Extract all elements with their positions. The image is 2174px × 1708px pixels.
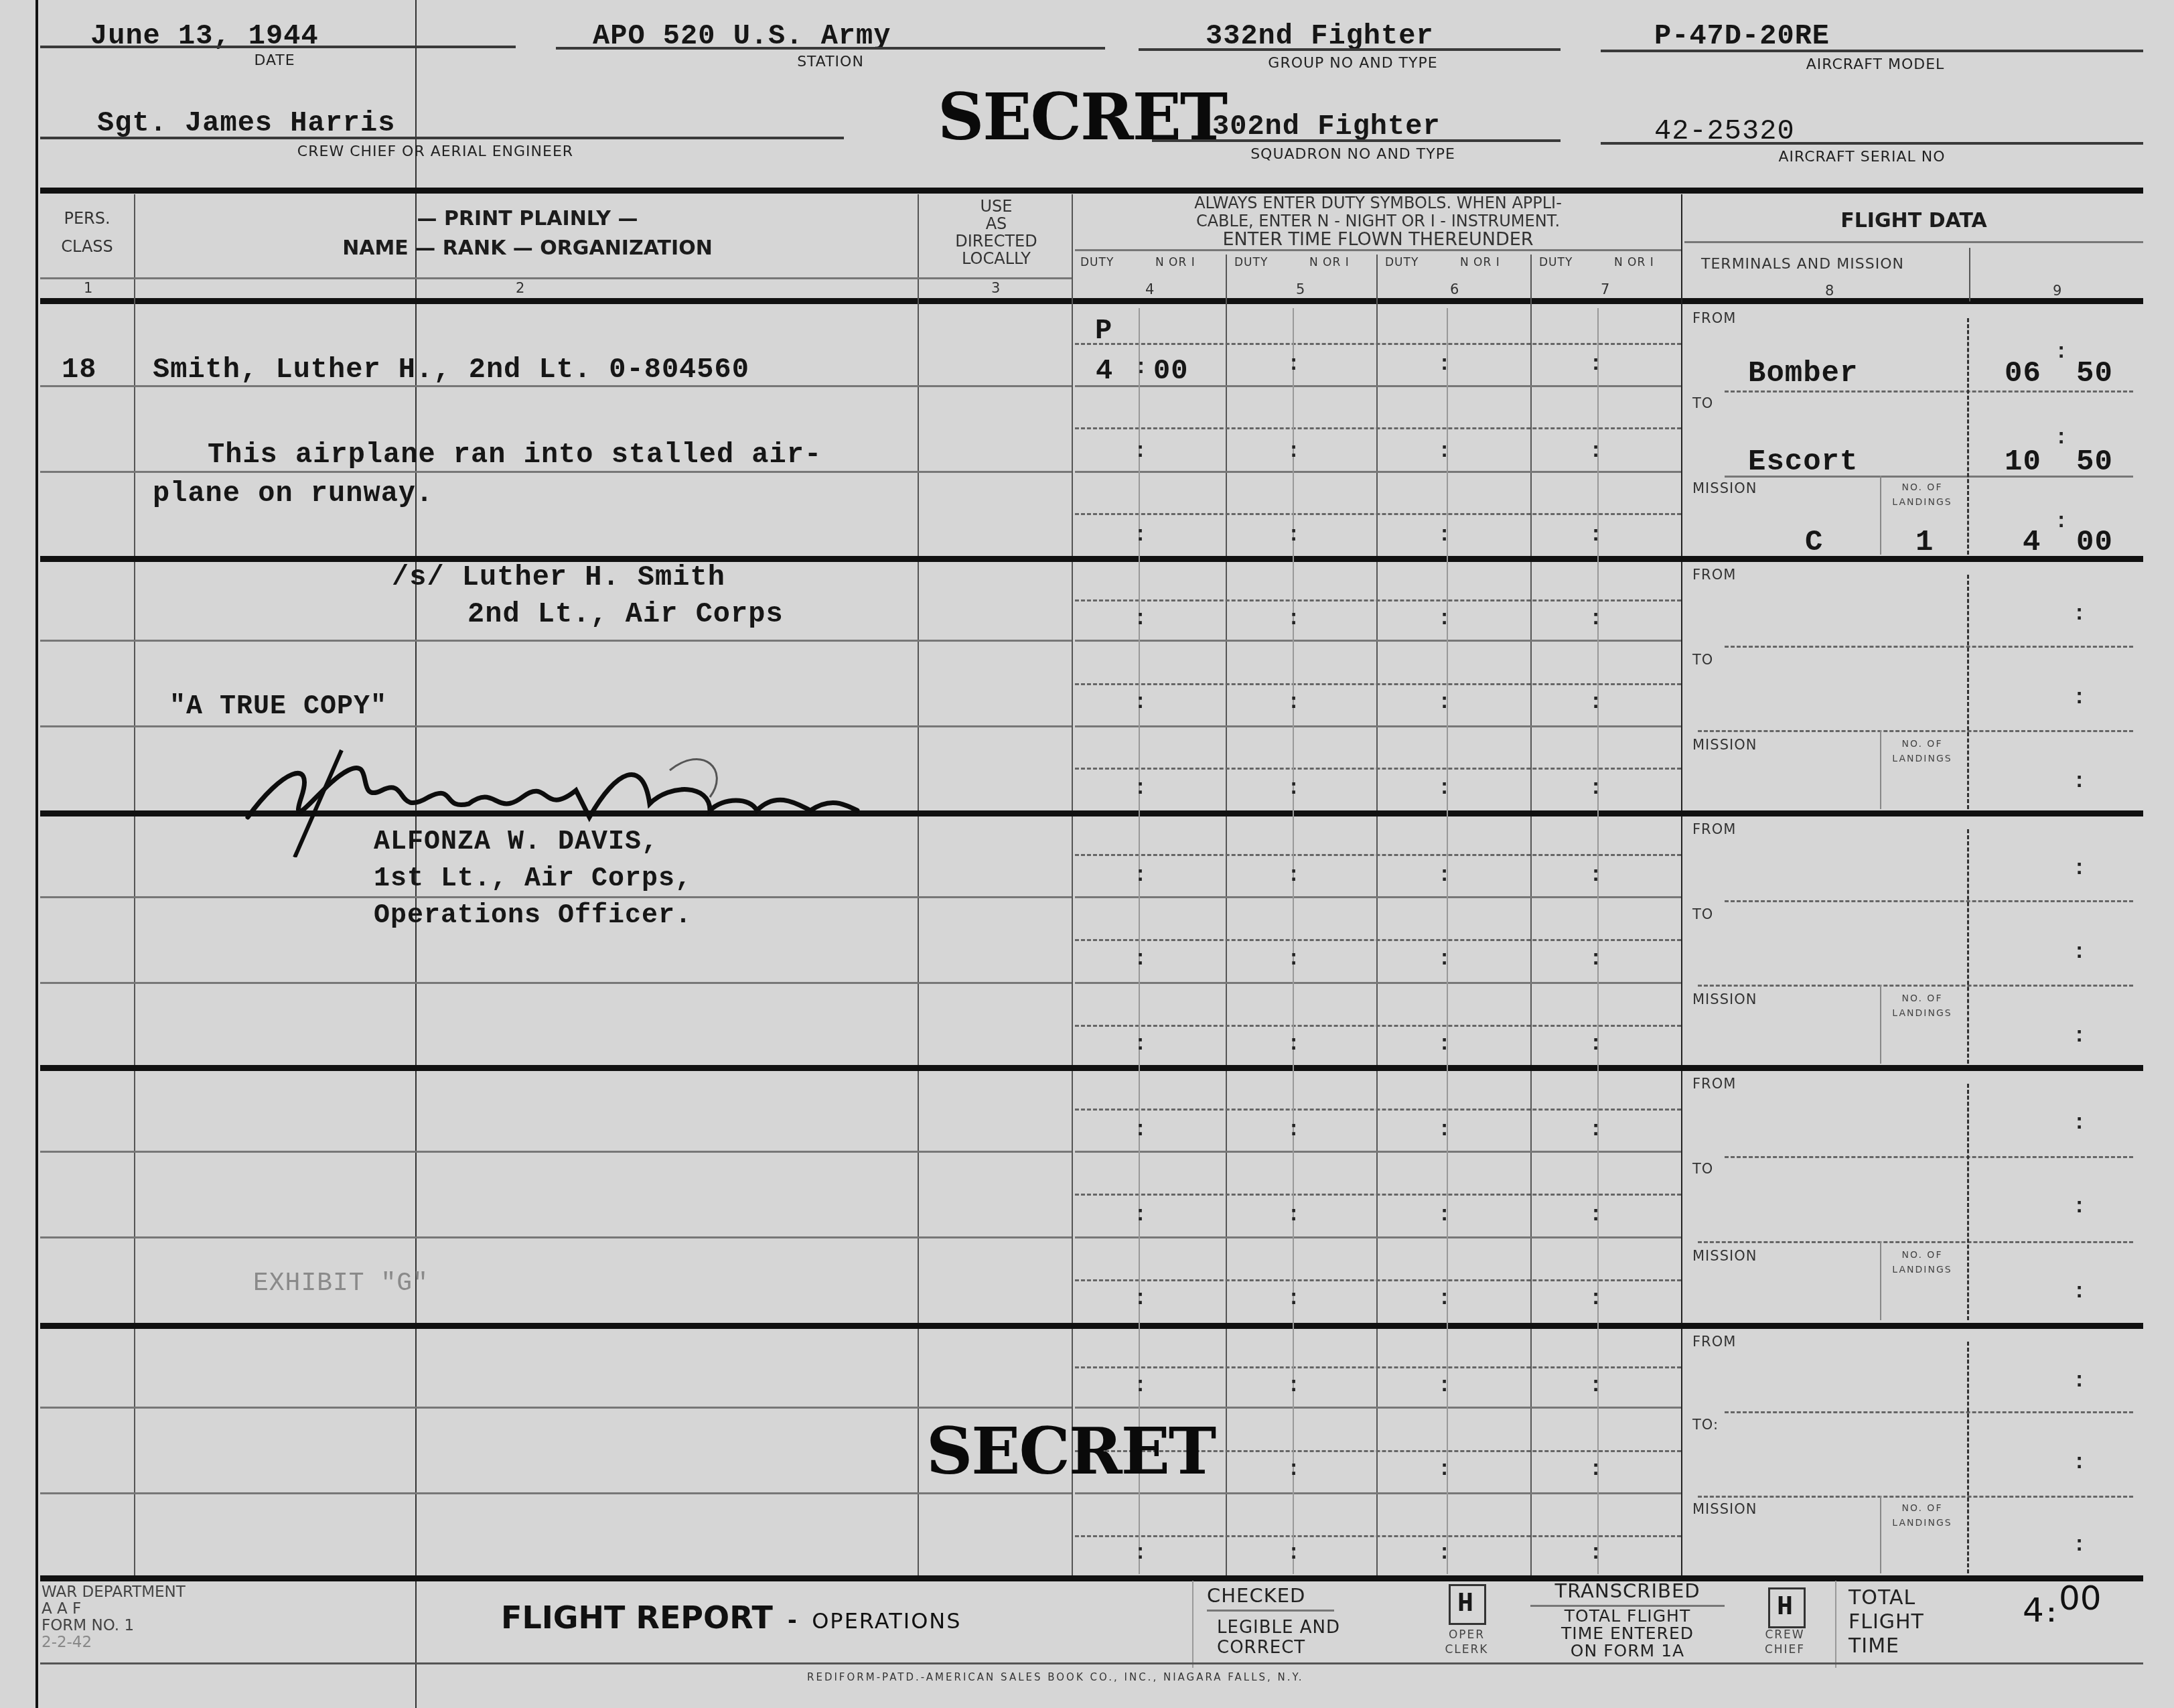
- mission-label: MISSION: [1692, 1248, 1757, 1264]
- colon: :: [1134, 946, 1147, 971]
- row-rule: [40, 725, 1072, 727]
- date-label: DATE: [241, 52, 308, 69]
- colon: :: [1287, 1286, 1300, 1311]
- form-identification: WAR DEPARTMENT A A F FORM NO. 1 2-2-42: [42, 1584, 186, 1651]
- total-colon: :: [2047, 1598, 2055, 1628]
- duty-row-rule: [1075, 1151, 1681, 1153]
- aircraft-model-underline: [1601, 50, 2143, 52]
- printer-imprint: REDIFORM-PATD.-AMERICAN SALES BOOK CO., …: [807, 1671, 1303, 1683]
- col2-header: — PRINT PLAINLY — NAME — RANK — ORGANIZA…: [137, 204, 918, 263]
- from-label: FROM: [1692, 1334, 1736, 1350]
- colon: :: [2055, 425, 2068, 450]
- flight-block-5: FROM TO: MISSION NO. OF LANDINGS : : :: [1684, 1328, 2143, 1575]
- duty-row-rule: [1075, 1279, 1681, 1281]
- colon: :: [1438, 1202, 1451, 1227]
- landings-label: NO. OF LANDINGS: [1885, 480, 1959, 510]
- crew-chief-label: CREW CHIEF: [1751, 1628, 1818, 1657]
- total-flight-time-label: TOTAL FLIGHT TIME: [1849, 1586, 1924, 1658]
- colon: :: [1438, 1373, 1451, 1398]
- duty-label: DUTY: [1234, 256, 1268, 269]
- to-label: TO: [1692, 1161, 1713, 1177]
- colon: :: [1589, 1286, 1602, 1311]
- to-label: TO: [1692, 652, 1713, 668]
- duty-row-rule: [1075, 1492, 1681, 1494]
- duty6-right: [1530, 255, 1532, 1577]
- duty-row-rule: [1075, 1366, 1681, 1368]
- checked-section: CHECKED LEGIBLE AND CORRECT: [1207, 1584, 1340, 1658]
- colon: :: [1589, 863, 1602, 887]
- colon: :: [1287, 690, 1300, 715]
- form-title-main: FLIGHT REPORT: [501, 1599, 773, 1636]
- oper-clerk-initial-box[interactable]: H: [1449, 1584, 1486, 1625]
- checked-rule: [1207, 1610, 1334, 1612]
- colon: :: [1134, 1117, 1147, 1142]
- mission-value[interactable]: C: [1805, 526, 1823, 559]
- duty-row-rule: [1075, 982, 1681, 984]
- col2-right: [918, 194, 919, 1577]
- row-rule: [40, 1492, 1072, 1494]
- colon: :: [1135, 355, 1147, 380]
- group-label: GROUP NO AND TYPE: [1239, 55, 1467, 72]
- time-divider: [1967, 829, 1969, 1064]
- duty4-right: [1226, 255, 1227, 1577]
- colon: :: [1438, 1541, 1451, 1565]
- colon: :: [1134, 1373, 1147, 1398]
- colon: :: [1134, 1286, 1147, 1311]
- group-underline: [1139, 48, 1561, 51]
- total-left: [1835, 1581, 1836, 1668]
- oper-clerk-label: OPER CLERK: [1433, 1628, 1500, 1657]
- colon: :: [1287, 606, 1300, 631]
- col-number: 6: [1450, 281, 1459, 297]
- group-field[interactable]: 332nd Fighter: [1206, 20, 1434, 52]
- colon: :: [1589, 352, 1602, 376]
- duty-row-rule: [1075, 513, 1681, 515]
- colon: :: [2055, 509, 2068, 534]
- pers-class-value[interactable]: 18: [62, 354, 96, 386]
- colon: :: [2073, 1023, 2086, 1048]
- duty-row-rule: [1075, 725, 1681, 727]
- from-to-rule: [1725, 1411, 2133, 1413]
- column-header-rule: [40, 298, 2143, 304]
- colon: :: [1134, 439, 1147, 464]
- from-label: FROM: [1692, 567, 1736, 583]
- colon: :: [1589, 1117, 1602, 1142]
- from-value[interactable]: Bomber: [1748, 357, 1858, 390]
- colon: :: [1287, 1373, 1300, 1398]
- from-label: FROM: [1692, 1076, 1736, 1092]
- mission-label: MISSION: [1692, 991, 1757, 1007]
- transcribed-rule: [1530, 1605, 1725, 1607]
- squadron-label: SQUADRON NO AND TYPE: [1219, 146, 1487, 163]
- crew-name-value[interactable]: Smith, Luther H., 2nd Lt. 0-804560: [153, 354, 749, 386]
- landings-divider: [1880, 1241, 1881, 1320]
- crew-chief-initial-box[interactable]: H: [1768, 1587, 1806, 1628]
- colon: :: [2073, 1368, 2086, 1393]
- colon: :: [1287, 946, 1300, 971]
- crew-chief-field[interactable]: Sgt. James Harris: [97, 107, 395, 139]
- colon: :: [1438, 1457, 1451, 1482]
- duty-row-rule: [1075, 1194, 1681, 1196]
- transcribed-section: TRANSCRIBED TOTAL FLIGHT TIME ENTERED ON…: [1530, 1579, 1725, 1660]
- to-label: TO: [1692, 906, 1713, 922]
- terminals-label: TERMINALS AND MISSION: [1701, 256, 1904, 273]
- col3-right: [1072, 194, 1073, 1577]
- colon: :: [1438, 690, 1451, 715]
- landings-label: NO. OF LANDINGS: [1885, 1501, 1959, 1531]
- colon: :: [1438, 606, 1451, 631]
- flight-data-rule: [1684, 241, 2143, 243]
- colon: :: [1589, 1457, 1602, 1482]
- col-number: 5: [1296, 281, 1305, 297]
- station-label: STATION: [770, 54, 891, 70]
- colon: :: [2073, 1194, 2086, 1219]
- colon: :: [2073, 1450, 2086, 1475]
- colon: :: [1438, 776, 1451, 800]
- colon: :: [1287, 1541, 1300, 1565]
- certifier-name: ALFONZA W. DAVIS,: [374, 827, 658, 857]
- duty-label: DUTY: [1385, 256, 1419, 269]
- colon: :: [1134, 522, 1147, 547]
- landings-label: NO. OF LANDINGS: [1885, 991, 1959, 1021]
- duty-section-right: [1681, 194, 1682, 1577]
- arrival-hours[interactable]: 10: [2005, 445, 2041, 479]
- flight-block-3: FROM TO MISSION NO. OF LANDINGS : : :: [1684, 816, 2143, 1065]
- colon: :: [1589, 1541, 1602, 1565]
- duty-row-rule: [1075, 343, 1681, 345]
- nori-label: N OR I: [1309, 256, 1350, 269]
- colon: :: [1589, 690, 1602, 715]
- duration-hours[interactable]: 4: [2023, 526, 2041, 559]
- landings-divider: [1880, 1496, 1881, 1573]
- col1-right: [134, 194, 135, 1577]
- duty-instructions: ALWAYS ENTER DUTY SYMBOLS. WHEN APPLI- C…: [1075, 194, 1681, 248]
- to-label: TO:: [1692, 1417, 1719, 1433]
- footer-rule: [40, 1575, 2143, 1581]
- colon: :: [1438, 946, 1451, 971]
- secret-stamp-bottom: SECRET: [926, 1413, 1215, 1489]
- secret-stamp-top: SECRET: [938, 79, 1226, 155]
- colon: :: [1287, 522, 1300, 547]
- colon: :: [1589, 946, 1602, 971]
- duty-row-rule: [1075, 854, 1681, 856]
- colon: :: [2073, 1111, 2086, 1135]
- colon: :: [2073, 940, 2086, 965]
- to-mission-rule: [1698, 1496, 2133, 1498]
- arrival-minutes[interactable]: 50: [2076, 445, 2113, 479]
- from-label: FROM: [1692, 310, 1736, 326]
- nori-label: N OR I: [1614, 256, 1654, 269]
- colon: :: [1438, 352, 1451, 376]
- remark-line-2[interactable]: plane on runway.: [153, 478, 433, 510]
- col-number: 4: [1145, 281, 1155, 297]
- duration-minutes[interactable]: 00: [2076, 526, 2113, 559]
- col-number-2: 2: [516, 280, 525, 296]
- duty-row-rule: [1075, 1407, 1681, 1409]
- squadron-underline: [1152, 139, 1561, 142]
- certifier-title: Operations Officer.: [374, 901, 692, 931]
- header-rule: [40, 188, 2143, 194]
- checked-left: [1192, 1581, 1193, 1668]
- colon: :: [1438, 522, 1451, 547]
- colon: :: [1589, 606, 1602, 631]
- row-rule: [40, 471, 1072, 473]
- flight-block-2: FROM TO MISSION NO. OF LANDINGS : : :: [1684, 561, 2143, 810]
- flight-block-4: FROM TO MISSION NO. OF LANDINGS : : :: [1684, 1070, 2143, 1322]
- row-rule: [40, 640, 1072, 642]
- duty-minutes-value[interactable]: 00: [1153, 355, 1188, 387]
- aircraft-model-label: AIRCRAFT MODEL: [1775, 56, 1976, 73]
- to-value[interactable]: Escort: [1748, 445, 1858, 479]
- colon: :: [2073, 856, 2086, 881]
- row-rule: [40, 1151, 1072, 1153]
- colon: :: [1589, 1031, 1602, 1056]
- left-border: [35, 0, 38, 1708]
- colon: :: [2073, 685, 2086, 710]
- duty-row-rule: [1075, 599, 1681, 601]
- from-to-rule: [1725, 900, 2133, 902]
- col8-right: [1969, 248, 1970, 301]
- from-label: FROM: [1692, 821, 1736, 837]
- colon: :: [1287, 776, 1300, 800]
- colon: :: [1287, 439, 1300, 464]
- nori-label: N OR I: [1155, 256, 1195, 269]
- col-number-rule: [40, 277, 1072, 279]
- row-rule: [40, 982, 1072, 984]
- colon: :: [1287, 863, 1300, 887]
- landings-label: NO. OF LANDINGS: [1885, 737, 1959, 766]
- colon: :: [1287, 1457, 1300, 1482]
- colon: :: [1134, 1541, 1147, 1565]
- landings-divider: [1880, 476, 1881, 555]
- to-mission-rule: [1698, 730, 2133, 732]
- col-number-9: 9: [2053, 283, 2062, 299]
- duty-row-rule: [1075, 471, 1681, 473]
- row-rule: [40, 896, 1072, 898]
- colon: :: [2055, 340, 2068, 364]
- duty-row-rule: [1075, 896, 1681, 898]
- form-title-sub: OPERATIONS: [812, 1608, 961, 1634]
- duty5-right: [1376, 255, 1378, 1577]
- colon: :: [1134, 690, 1147, 715]
- duty-row-rule: [1075, 1236, 1681, 1238]
- oper-clerk-initial: H: [1457, 1589, 1474, 1620]
- departure-minutes[interactable]: 50: [2076, 357, 2113, 390]
- certifier-rank: 1st Lt., Air Corps,: [374, 864, 692, 894]
- remark-line-1[interactable]: This airplane ran into stalled air-: [208, 439, 822, 471]
- crew-chief-label: CREW CHIEF OR AERIAL ENGINEER: [255, 143, 616, 160]
- mission-label: MISSION: [1692, 1501, 1757, 1517]
- departure-hours[interactable]: 06: [2005, 357, 2041, 390]
- landings-divider: [1880, 730, 1881, 809]
- pilot-signature-line-2: 2nd Lt., Air Corps: [467, 598, 784, 630]
- form-title: FLIGHT REPORT - OPERATIONS: [501, 1599, 962, 1636]
- colon: :: [1134, 776, 1147, 800]
- station-underline: [556, 47, 1105, 50]
- colon: :: [2073, 1279, 2086, 1304]
- total-flight-time-value[interactable]: 4 : 00: [2023, 1591, 2102, 1630]
- colon: :: [1438, 863, 1451, 887]
- duty-label: DUTY: [1080, 256, 1114, 269]
- row-rule: [40, 1407, 1072, 1409]
- col-number-8: 8: [1825, 283, 1834, 299]
- duty-row-rule: [1075, 427, 1681, 429]
- duty-label: DUTY: [1539, 256, 1573, 269]
- duty-row-rule: [1075, 768, 1681, 770]
- col3-header: USE AS DIRECTED LOCALLY: [921, 198, 1072, 267]
- total-hours: 4: [2023, 1591, 2044, 1630]
- colon: :: [1134, 1031, 1147, 1056]
- colon: :: [1287, 1202, 1300, 1227]
- time-divider: [1967, 318, 1969, 555]
- colon: :: [1589, 439, 1602, 464]
- mission-label: MISSION: [1692, 480, 1757, 496]
- colon: :: [1438, 439, 1451, 464]
- time-divider: [1967, 575, 1969, 809]
- col-number-3: 3: [991, 280, 1001, 296]
- title-bullet: -: [788, 1605, 796, 1634]
- colon: :: [1438, 1031, 1451, 1056]
- landings-label: NO. OF LANDINGS: [1885, 1248, 1959, 1277]
- aircraft-model-field[interactable]: P-47D-20RE: [1654, 20, 1830, 52]
- colon: :: [1134, 1202, 1147, 1227]
- duty-row-rule: [1075, 640, 1681, 642]
- colon: :: [1287, 1117, 1300, 1142]
- duty-hours-value[interactable]: 4: [1096, 355, 1113, 387]
- to-mission-rule: [1725, 476, 2133, 478]
- duty-row-rule: [1075, 683, 1681, 685]
- colon: :: [1134, 606, 1147, 631]
- colon: :: [1438, 1117, 1451, 1142]
- duty-symbol-value[interactable]: P: [1095, 315, 1112, 347]
- duty-row-rule: [1075, 939, 1681, 941]
- serial-label: AIRCRAFT SERIAL NO: [1748, 149, 1976, 165]
- nori-label: N OR I: [1460, 256, 1500, 269]
- colon: :: [1134, 863, 1147, 887]
- colon: :: [1589, 1202, 1602, 1227]
- to-mission-rule: [1698, 1241, 2133, 1243]
- landings-value[interactable]: 1: [1915, 526, 1934, 559]
- crew-chief-initial: H: [1777, 1593, 1794, 1623]
- total-minutes: 00: [2059, 1579, 2102, 1618]
- colon: :: [1287, 352, 1300, 376]
- col1-header: PERS. CLASS: [40, 204, 134, 261]
- row-rule: [40, 1236, 1072, 1238]
- to-mission-rule: [1698, 985, 2133, 987]
- squadron-field[interactable]: 302nd Fighter: [1212, 111, 1441, 143]
- colon: :: [1287, 1031, 1300, 1056]
- colon: :: [2073, 1533, 2086, 1557]
- landings-divider: [1880, 985, 1881, 1064]
- colon: :: [2073, 601, 2086, 626]
- from-to-rule: [1725, 1156, 2133, 1158]
- colon: :: [2073, 769, 2086, 794]
- colon: :: [1589, 522, 1602, 547]
- exhibit-label: EXHIBIT "G": [253, 1269, 429, 1298]
- date-underline: [40, 46, 516, 48]
- from-to-rule: [1725, 390, 2133, 393]
- time-divider: [1967, 1342, 1969, 1573]
- footer-bottom-rule: [40, 1662, 2143, 1664]
- duty-row-rule: [1075, 1109, 1681, 1111]
- to-label: TO: [1692, 395, 1713, 411]
- pilot-signature-line-1: /s/ Luther H. Smith: [392, 561, 725, 593]
- from-to-rule: [1725, 646, 2133, 648]
- col-number-1: 1: [84, 280, 93, 296]
- colon: :: [1589, 776, 1602, 800]
- time-divider: [1967, 1084, 1969, 1320]
- duty-row-rule: [1075, 1025, 1681, 1027]
- col-number: 7: [1601, 281, 1610, 297]
- colon: :: [1438, 1286, 1451, 1311]
- duty-row-rule: [1075, 1535, 1681, 1537]
- flight-data-title: FLIGHT DATA: [1684, 209, 2143, 232]
- crew-chief-underline: [40, 137, 844, 139]
- mission-label: MISSION: [1692, 737, 1757, 753]
- true-copy-label: "A TRUE COPY": [169, 692, 387, 722]
- serial-underline: [1601, 142, 2143, 145]
- flight-block-1: FROM Bomber TO Escort MISSION NO. OF LAN…: [1684, 305, 2143, 556]
- duty-subheader-rule: [1075, 249, 1681, 251]
- colon: :: [1589, 1373, 1602, 1398]
